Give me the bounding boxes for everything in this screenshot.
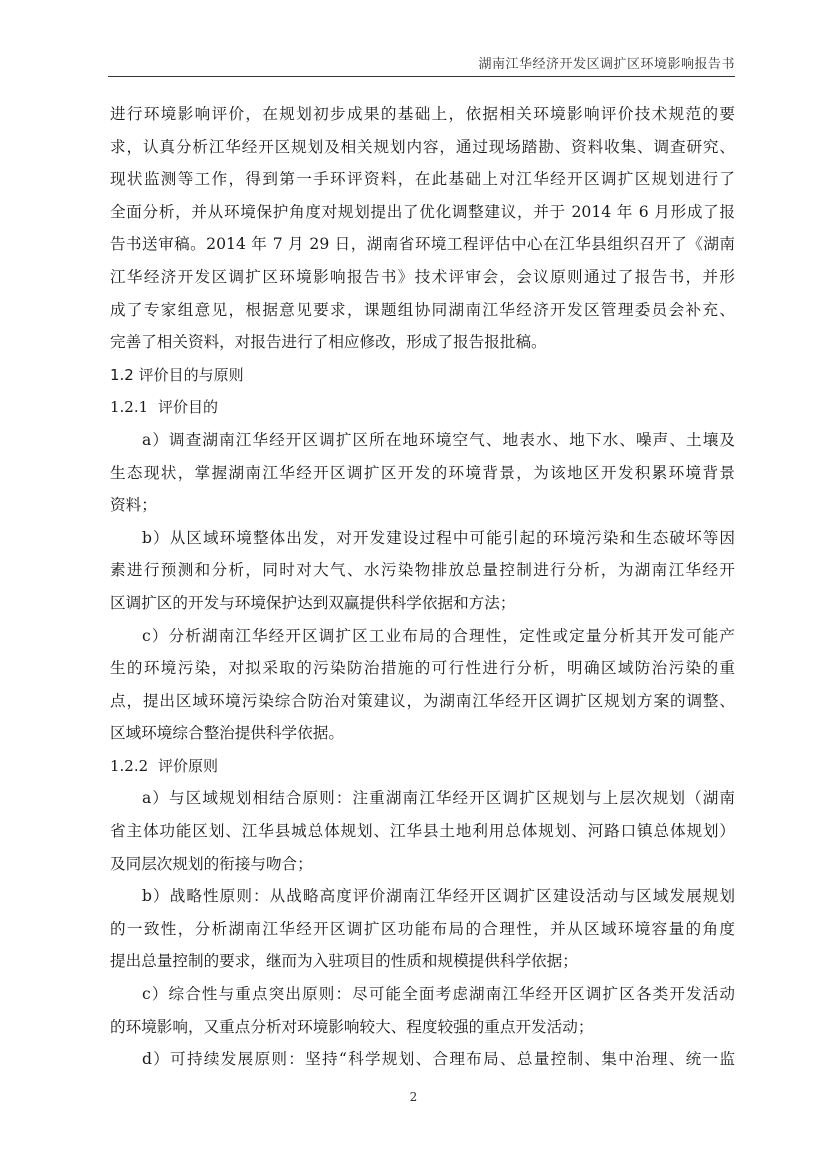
- text-line: 生态现状，掌握湖南江华经开区调扩区开发的环境背景，为该地区开发积累环境背景: [110, 457, 735, 490]
- text-line: 告书送审稿。2014 年 7 月 29 日，湖南省环境工程评估中心在江华县组织召…: [110, 228, 735, 261]
- text-line: d）可持续发展原则：坚持“科学规划、合理布局、总量控制、集中治理、统一监: [110, 1043, 735, 1076]
- section-heading-1-2-1: 1.2.1评价目的: [110, 391, 735, 424]
- text-line: a）与区域规划相结合原则：注重湖南江华经开区调扩区规划与上层次规划（湖南: [110, 782, 735, 815]
- text-line: 成了专家组意见，根据意见要求，课题组协同湖南江华经济开发区管理委员会补充、: [110, 294, 735, 327]
- text-line: 生的环境污染，对拟采取的污染防治措施的可行性进行分析，明确区域防治污染的重: [110, 652, 735, 685]
- text-line: a）调查湖南江华经开区调扩区所在地环境空气、地表水、地下水、噪声、土壤及: [110, 424, 735, 457]
- text-line: 进行环境影响评价，在规划初步成果的基础上，依据相关环境影响评价技术规范的要: [110, 98, 735, 131]
- text-line: b）从区域环境整体出发，对开发建设过程中可能引起的环境污染和生态破坏等因: [110, 522, 735, 555]
- text-line: 现状监测等工作，得到第一手环评资料，在此基础上对江华经开区调扩区规划进行了: [110, 163, 735, 196]
- principle-item-b: b）战略性原则：从战略高度评价湖南江华经开区调扩区建设活动与区域发展规划 的一致…: [110, 880, 735, 978]
- intro-paragraph: 进行环境影响评价，在规划初步成果的基础上，依据相关环境影响评价技术规范的要 求，…: [110, 98, 735, 359]
- text-line: 完善了相关资料，对报告进行了相应修改，形成了报告报批稿。: [110, 326, 735, 359]
- running-header: 湖南江华经济开发区调扩区环境影响报告书: [108, 52, 735, 77]
- section-number: 1.2.2: [110, 750, 158, 783]
- text-line: 省主体功能区划、江华县城总体规划、江华县土地利用总体规划、河路口镇总体规划）: [110, 815, 735, 848]
- text-line: 提出总量控制的要求，继而为入驻项目的性质和规模提供科学依据；: [110, 945, 735, 978]
- purpose-item-a: a）调查湖南江华经开区调扩区所在地环境空气、地表水、地下水、噪声、土壤及 生态现…: [110, 424, 735, 522]
- section-title: 评价目的: [158, 398, 218, 416]
- text-line: 江华经济开发区调扩区环境影响报告书》技术评审会，会议原则通过了报告书，并形: [110, 261, 735, 294]
- document-body: 进行环境影响评价，在规划初步成果的基础上，依据相关环境影响评价技术规范的要 求，…: [110, 98, 735, 1076]
- principle-item-c: c）综合性与重点突出原则：尽可能全面考虑湖南江华经开区调扩区各类开发活动 的环境…: [110, 978, 735, 1043]
- text-line: c）综合性与重点突出原则：尽可能全面考虑湖南江华经开区调扩区各类开发活动: [110, 978, 735, 1011]
- section-heading-1-2-2: 1.2.2评价原则: [110, 750, 735, 783]
- text-line: 资料；: [110, 489, 735, 522]
- purpose-item-b: b）从区域环境整体出发，对开发建设过程中可能引起的环境污染和生态破坏等因 素进行…: [110, 522, 735, 620]
- principle-item-a: a）与区域规划相结合原则：注重湖南江华经开区调扩区规划与上层次规划（湖南 省主体…: [110, 782, 735, 880]
- text-line: 点，提出区域环境污染综合防治对策建议，为湖南江华经开区调扩区规划方案的调整、: [110, 685, 735, 718]
- text-line: 全面分析，并从环境保护角度对规划提出了优化调整建议，并于 2014 年 6 月形…: [110, 196, 735, 229]
- section-number: 1.2.1: [110, 391, 158, 424]
- section-heading-1-2: 1.2 评价目的与原则: [110, 359, 735, 392]
- purpose-item-c: c）分析湖南江华经开区调扩区工业布局的合理性，定性或定量分析其开发可能产 生的环…: [110, 620, 735, 750]
- text-line: 的一致性，分析湖南江华经开区调扩区功能布局的合理性，并从区域环境容量的角度: [110, 913, 735, 946]
- text-line: 素进行预测和分析，同时对大气、水污染物排放总量控制进行分析，为湖南江华经开: [110, 554, 735, 587]
- document-page: 湖南江华经济开发区调扩区环境影响报告书 进行环境影响评价，在规划初步成果的基础上…: [0, 0, 827, 1169]
- section-title: 评价原则: [158, 757, 218, 775]
- text-line: 区调扩区的开发与环境保护达到双赢提供科学依据和方法；: [110, 587, 735, 620]
- principle-item-d: d）可持续发展原则：坚持“科学规划、合理布局、总量控制、集中治理、统一监: [110, 1043, 735, 1076]
- section-title: 评价目的与原则: [139, 366, 244, 384]
- text-line: 求，认真分析江华经开区规划及相关规划内容，通过现场踏勘、资料收集、调查研究、: [110, 131, 735, 164]
- text-line: 的环境影响，又重点分析对环境影响较大、程度较强的重点开发活动；: [110, 1011, 735, 1044]
- text-line: c）分析湖南江华经开区调扩区工业布局的合理性，定性或定量分析其开发可能产: [110, 620, 735, 653]
- header-title: 湖南江华经济开发区调扩区环境影响报告书: [478, 53, 735, 72]
- text-line: b）战略性原则：从战略高度评价湖南江华经开区调扩区建设活动与区域发展规划: [110, 880, 735, 913]
- section-number: 1.2: [110, 366, 134, 384]
- page-number: 2: [0, 1090, 827, 1104]
- text-line: 区域环境综合整治提供科学依据。: [110, 717, 735, 750]
- text-line: 及同层次规划的衔接与吻合；: [110, 848, 735, 881]
